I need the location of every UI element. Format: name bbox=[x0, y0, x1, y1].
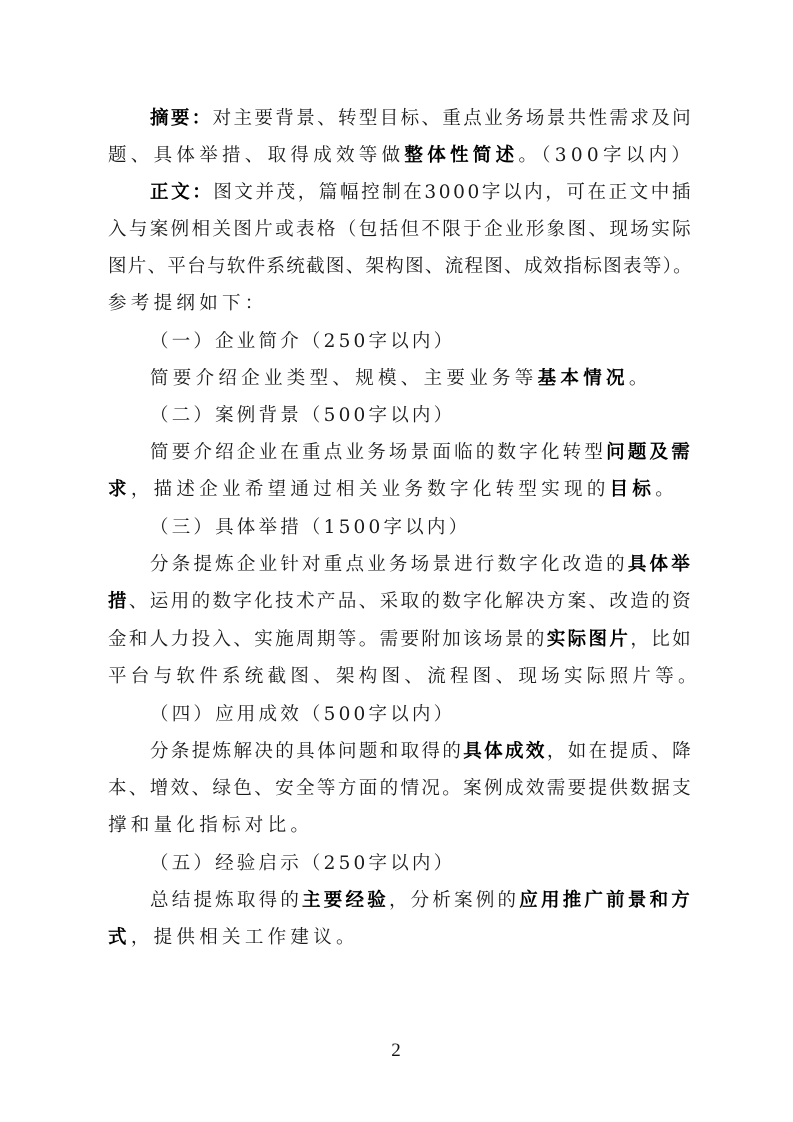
section-heading-2: （二）案例背景（500字以内） bbox=[150, 403, 693, 429]
text-segment: 。（300字以内） bbox=[518, 145, 694, 166]
text-segment: 。 bbox=[655, 479, 678, 500]
text-segment: ，描述企业希望通过相关业务数字化转型实现的 bbox=[131, 479, 610, 500]
section-3-line-2: 措、运用的数字化技术产品、采取的数字化解决方案、改造的资 bbox=[108, 589, 693, 615]
bold-text-segment: 主要经验 bbox=[302, 890, 389, 911]
text-segment: ，如在提质、降 bbox=[547, 741, 693, 762]
text-segment: ，分析案例的 bbox=[389, 890, 519, 911]
section-3-line-1: 分条提炼企业针对重点业务场景进行数字化改造的具体举 bbox=[150, 552, 693, 578]
bold-text-segment: 实际图片 bbox=[547, 629, 631, 650]
section-1-line-1: 简要介绍企业类型、规模、主要业务等基本情况。 bbox=[150, 366, 693, 392]
document-page: 摘要：对主要背景、转型目标、重点业务场景共性需求及问 题、具体举措、取得成效等做… bbox=[0, 0, 793, 1122]
heading-text: （四）应用成效（500字以内） bbox=[150, 704, 455, 725]
text-segment: 。 bbox=[629, 368, 652, 389]
text-segment: 分条提炼解决的具体问题和取得的 bbox=[150, 741, 463, 762]
body-line-2: 入与案例相关图片或表格（包括但不限于企业形象图、现场实际 bbox=[108, 217, 693, 243]
heading-text: （三）具体举措（1500字以内） bbox=[150, 517, 470, 538]
section-2-line-1: 简要介绍企业在重点业务场景面临的数字化转型问题及需 bbox=[150, 440, 693, 466]
bold-text-segment: 具体举 bbox=[628, 554, 693, 575]
text-segment: 简要介绍企业在重点业务场景面临的数字化转型 bbox=[150, 442, 606, 463]
section-heading-1: （一）企业简介（250字以内） bbox=[150, 329, 693, 355]
section-2-line-2: 求，描述企业希望通过相关业务数字化转型实现的目标。 bbox=[108, 477, 693, 503]
section-3-line-3: 金和人力投入、实施周期等。需要附加该场景的实际图片，比如 bbox=[108, 627, 693, 653]
heading-text: （一）企业简介（250字以内） bbox=[150, 331, 455, 352]
text-segment: 金和人力投入、实施周期等。需要附加该场景的 bbox=[108, 629, 547, 650]
bold-text-segment: 求 bbox=[108, 479, 131, 500]
abstract-label: 摘要： bbox=[150, 108, 213, 129]
bold-text-segment: 式 bbox=[108, 927, 131, 948]
body-label: 正文： bbox=[150, 182, 213, 203]
text-segment: 撑和量化指标对比。 bbox=[108, 815, 313, 836]
bold-text-segment: 应用推广前景和方 bbox=[519, 890, 693, 911]
bold-text-segment: 目标 bbox=[610, 479, 656, 500]
section-5-line-2: 式，提供相关工作建议。 bbox=[108, 925, 693, 951]
body-line-4: 参考提纲如下： bbox=[108, 291, 693, 317]
body-line-3: 图片、平台与软件系统截图、架构图、流程图、成效指标图表等）。 bbox=[108, 254, 693, 280]
text-segment: ，比如 bbox=[630, 629, 693, 650]
page-number: 2 bbox=[386, 1040, 406, 1062]
bold-text-segment: 基本情况 bbox=[538, 368, 629, 389]
abstract-line-2: 题、具体举措、取得成效等做整体性简述。（300字以内） bbox=[108, 143, 693, 169]
heading-text: （二）案例背景（500字以内） bbox=[150, 405, 455, 426]
text-segment: 图片、平台与软件系统截图、架构图、流程图、成效指标图表等）。 bbox=[108, 256, 693, 277]
text-segment: 本、增效、绿色、安全等方面的情况。案例成效需要提供数据支 bbox=[108, 778, 693, 799]
heading-text: （五）经验启示（250字以内） bbox=[150, 853, 455, 874]
abstract-line-1: 摘要：对主要背景、转型目标、重点业务场景共性需求及问 bbox=[150, 106, 693, 132]
section-5-line-1: 总结提炼取得的主要经验，分析案例的应用推广前景和方 bbox=[150, 888, 693, 914]
section-4-line-2: 本、增效、绿色、安全等方面的情况。案例成效需要提供数据支 bbox=[108, 776, 693, 802]
section-heading-4: （四）应用成效（500字以内） bbox=[150, 702, 693, 728]
section-4-line-3: 撑和量化指标对比。 bbox=[108, 813, 693, 839]
bold-text-segment: 措 bbox=[108, 591, 129, 612]
bold-text-segment: 整体性简述 bbox=[404, 145, 518, 166]
text-segment: 简要介绍企业类型、规模、主要业务等 bbox=[150, 368, 538, 389]
section-4-line-1: 分条提炼解决的具体问题和取得的具体成效，如在提质、降 bbox=[150, 739, 693, 765]
text-segment: ，提供相关工作建议。 bbox=[131, 927, 359, 948]
section-heading-5: （五）经验启示（250字以内） bbox=[150, 851, 693, 877]
bold-text-segment: 问题及需 bbox=[606, 442, 693, 463]
section-3-line-4: 平台与软件系统截图、架构图、流程图、现场实际照片等。 bbox=[108, 664, 693, 690]
text-segment: 分条提炼企业针对重点业务场景进行数字化改造的 bbox=[150, 554, 628, 575]
text-segment: 、运用的数字化技术产品、采取的数字化解决方案、改造的资 bbox=[129, 591, 693, 612]
text-segment: 题、具体举措、取得成效等做 bbox=[108, 145, 404, 166]
bold-text-segment: 具体成效 bbox=[463, 741, 547, 762]
text-segment: 平台与软件系统截图、架构图、流程图、现场实际照片等。 bbox=[108, 666, 701, 687]
text-segment: 参考提纲如下： bbox=[108, 293, 268, 314]
text-segment: 对主要背景、转型目标、重点业务场景共性需求及问 bbox=[213, 108, 693, 129]
text-segment: 总结提炼取得的 bbox=[150, 890, 302, 911]
text-segment: 入与案例相关图片或表格（包括但不限于企业形象图、现场实际 bbox=[108, 219, 693, 240]
body-line-1: 正文：图文并茂，篇幅控制在3000字以内，可在正文中插 bbox=[150, 180, 693, 206]
text-segment: 图文并茂，篇幅控制在3000字以内，可在正文中插 bbox=[213, 182, 693, 203]
section-heading-3: （三）具体举措（1500字以内） bbox=[150, 515, 693, 541]
